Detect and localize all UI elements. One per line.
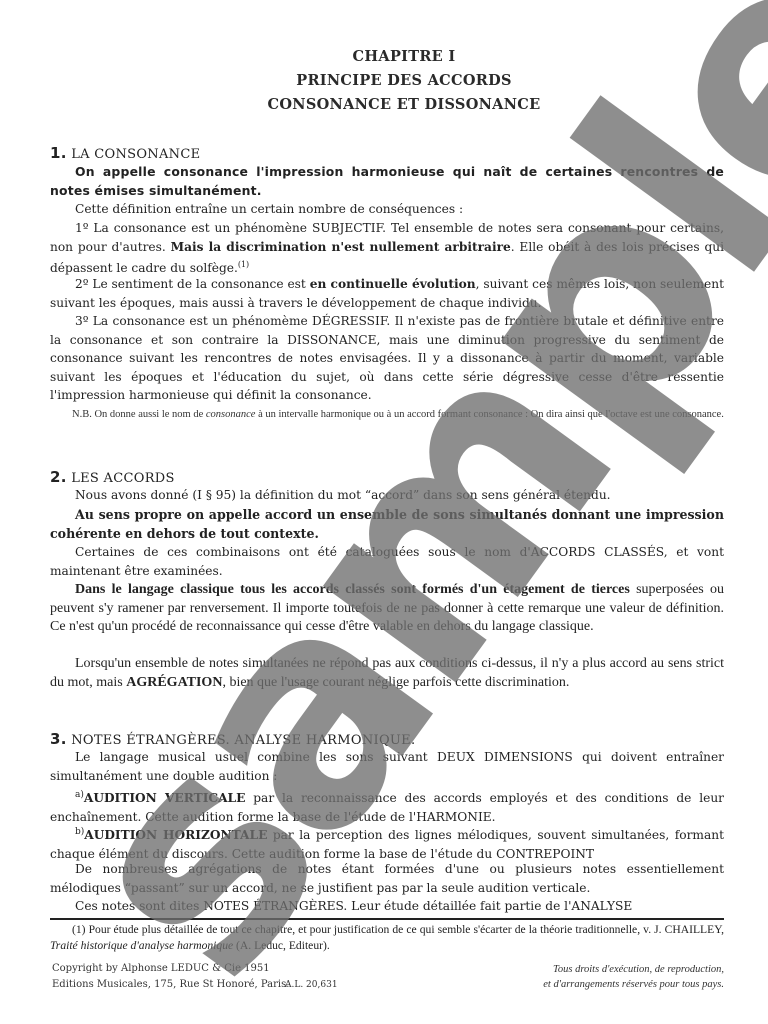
section-1-nota-bene: N.B. On donne aussi le nom de consonance… [50, 406, 724, 423]
rights-notice: Tous droits d'exécution, de reproduction… [543, 962, 724, 992]
section-3-para-1: Le langage musical usuel combine les son… [50, 748, 724, 785]
section-title: LES ACCORDS [71, 471, 175, 486]
chapter-title: PRINCIPE DES ACCORDS [0, 72, 768, 89]
section-title: NOTES ÉTRANGÈRES. ANALYSE HARMONIQUE. [71, 733, 415, 748]
section-2-para-5: Lorsqu'un ensemble de notes simultanées … [50, 655, 724, 692]
section-1-point-2: 2º Le sentiment de la consonance est en … [50, 275, 724, 312]
footnote-ref: (1) [238, 260, 249, 269]
document-page: CHAPITRE I PRINCIPE DES ACCORDS CONSONAN… [0, 0, 768, 1024]
section-3-audition-horizontale: b)AUDITION HORIZONTALE par la perception… [50, 823, 724, 863]
section-1-consequences-intro: Cette définition entraîne un certain nom… [50, 200, 724, 219]
section-number: 1. [50, 144, 67, 162]
section-3-heading: 3. NOTES ÉTRANGÈRES. ANALYSE HARMONIQUE. [50, 730, 415, 748]
section-2-para-3: Certaines de ces combinaisons ont été ca… [50, 543, 724, 581]
section-2-heading: 2. LES ACCORDS [50, 468, 175, 486]
section-3-audition-verticale: a)AUDITION VERTICALE par la reconnaissan… [50, 786, 724, 826]
section-2-para-2: Au sens propre on appelle accord un ense… [50, 505, 724, 543]
section-3-para-5: Ces notes sont dites NOTES ÉTRANGÈRES. L… [50, 897, 724, 916]
footnote-divider [50, 918, 724, 920]
section-3-para-4: De nombreuses agrégations de notes étant… [50, 860, 724, 897]
section-1-definition: On appelle consonance l'impression harmo… [50, 162, 724, 200]
section-1-heading: 1. LA CONSONANCE [50, 144, 200, 162]
chapter-subtitle: CONSONANCE ET DISSONANCE [0, 96, 768, 113]
section-title: LA CONSONANCE [71, 147, 200, 162]
section-2-para-1: Nous avons donné (I § 95) la définition … [50, 486, 724, 505]
copyright-notice: Copyright by Alphonse LEDUC & Cie 1951 E… [52, 961, 289, 993]
section-2-para-4: Dans le langage classique tous les accor… [50, 581, 724, 637]
chapter-number: CHAPITRE I [0, 48, 768, 65]
section-1-point-1: 1º La consonance est un phénomène SUBJEC… [50, 219, 724, 278]
section-1-point-3: 3º La consonance est un phénomème DÉGRES… [50, 312, 724, 405]
section-number: 3. [50, 730, 67, 748]
footnote: (1) Pour étude plus détaillée de tout ce… [50, 922, 724, 954]
section-number: 2. [50, 468, 67, 486]
catalog-number: A.L. 20,631 [285, 977, 338, 993]
